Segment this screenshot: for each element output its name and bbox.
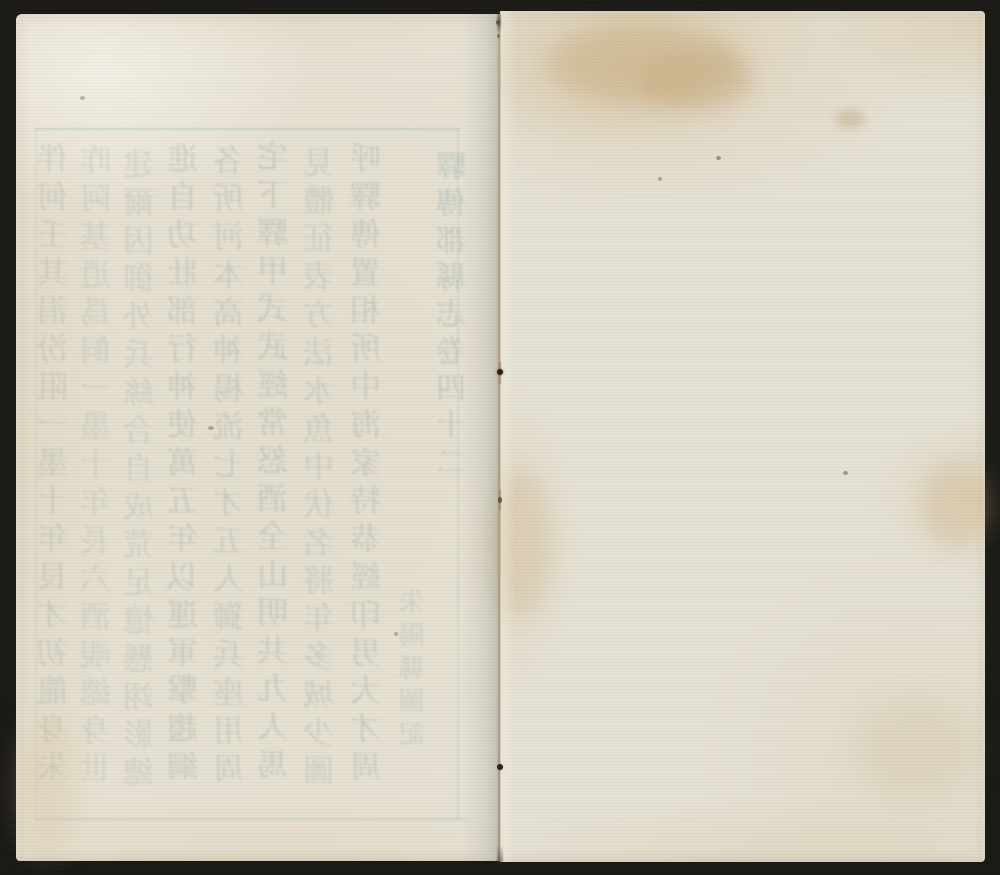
bleed-text-column: 見體征表方法水魚中伏名將年多城少圖 <box>307 146 338 792</box>
paper-texture <box>500 11 985 862</box>
bleed-text-column: 驛傳郡縣志卷四十二 <box>440 150 470 483</box>
left-page: 驛傳郡縣志卷四十二 朱陽縣圖記 呼驛傳置相所中海家特恭經印男大才周 見體征表方法… <box>16 14 500 861</box>
paper-speck <box>208 426 214 430</box>
bleed-text-column: 宅下驛甲式武經常怒酒全山明共九人馬 <box>261 140 292 786</box>
paper-texture <box>16 14 500 861</box>
right-page <box>500 11 985 862</box>
foxing-stain <box>855 701 980 796</box>
foxing-stain <box>640 51 755 111</box>
bleed-text-column: 昨阿基逍爲飼一墨十年長六酒覗總身世 <box>84 144 115 790</box>
paper-speck <box>843 471 848 475</box>
bleed-through-text-layer: 驛傳郡縣志卷四十二 朱陽縣圖記 呼驛傳置相所中海家特恭經印男大才周 見體征表方法… <box>16 14 500 861</box>
bleed-frame-top-line <box>36 128 460 130</box>
bleed-text-column: 各所河本高神楊流七才五人獅兵座用周 <box>217 144 248 790</box>
paper-speck <box>716 156 721 160</box>
bleed-text-column: 呼驛傳置相所中海家特恭經印男大才周 <box>354 142 385 788</box>
bleed-frame-right-line <box>457 128 459 820</box>
paper-speck <box>80 96 85 100</box>
book-scan: { "scan": { "description": "Scanned two-… <box>0 0 1000 875</box>
bleed-text-column: 進自功壯部行神使萬五年以運軍擊趨綱 <box>171 142 202 788</box>
bleed-text-column: 伴何壬其涓汾阻一墨十年艮才初龍身朱 <box>41 142 72 788</box>
foxing-stain <box>920 463 992 547</box>
corner-stain <box>16 714 78 859</box>
bleed-text-column: 朱陽縣圖記 <box>401 588 427 753</box>
bleed-frame-bottom-line <box>36 818 466 820</box>
foxing-stain <box>835 109 865 129</box>
paper-speck <box>394 632 398 636</box>
paper-speck <box>658 177 662 181</box>
foxing-stain <box>548 23 743 105</box>
bleed-text-column: 建爾因御外兵絲合自成荒足憶懸翊影總 <box>127 148 158 794</box>
bleed-frame-left-line <box>35 128 37 820</box>
